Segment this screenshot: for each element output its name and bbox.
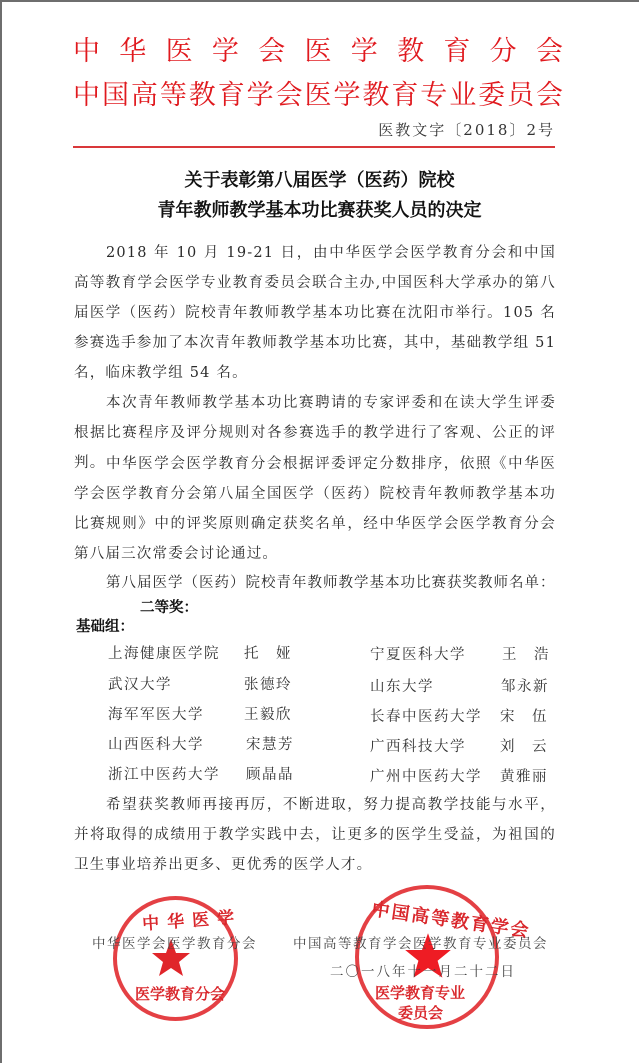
letterhead-char: 等	[160, 80, 187, 112]
letterhead-char: 会	[536, 36, 563, 68]
letterhead-char: 育	[218, 80, 245, 112]
winner-name: 王 浩	[502, 645, 550, 665]
seal2-bottom-text-2: 委员会	[398, 1002, 443, 1023]
letterhead-char: 会	[276, 80, 303, 112]
winner-school: 宁夏医科大学	[370, 645, 466, 665]
winner-name: 托 娅	[244, 644, 292, 664]
letterhead-char: 中	[73, 36, 100, 68]
paragraph-closing: 希望获奖教师再接再厉，不断进取，努力提高教学技能与水平，并将取得的成绩用于教学实…	[74, 790, 556, 880]
paragraph-intro: 2018 年 10 月 19-21 日，由中华医学会医学教育分会和中国高等教育学…	[74, 238, 556, 388]
winner-name: 邹永新	[501, 677, 549, 697]
signature-org1: 中华医学会医学教育分会	[92, 935, 257, 953]
letterhead-char: 学	[212, 36, 239, 68]
letterhead-char: 育	[391, 80, 418, 112]
letterhead-char: 华	[119, 36, 146, 68]
award-group-heading: 基础组：	[76, 617, 134, 637]
letterhead-char: 医	[304, 36, 331, 68]
winner-name: 顾晶晶	[246, 765, 294, 785]
page-border-left	[0, 0, 2, 1063]
letterhead-char: 专	[420, 80, 447, 112]
document-title-line1: 关于表彰第八届医学（医药）院校	[0, 169, 639, 193]
letterhead-org2: 中 国 高 等 教 育 学 会 医 学 教 育 专 业 委 员 会	[73, 80, 563, 112]
winner-name: 宋 伍	[500, 707, 548, 727]
letterhead-char: 教	[189, 80, 216, 112]
winner-name: 宋慧芳	[246, 735, 294, 755]
letterhead-char: 高	[131, 80, 158, 112]
letterhead-char: 中	[73, 80, 100, 112]
letterhead-char: 分	[490, 36, 517, 68]
letterhead-char: 学	[333, 80, 360, 112]
letterhead-char: 教	[397, 36, 424, 68]
winner-school: 山东大学	[370, 677, 434, 697]
letterhead-char: 委	[478, 80, 505, 112]
winner-name: 王毅欣	[244, 705, 292, 725]
winner-school: 浙江中医药大学	[108, 765, 220, 785]
letterhead-char: 会	[536, 80, 563, 112]
winner-school: 长春中医药大学	[370, 707, 482, 727]
letterhead-char: 会	[258, 36, 285, 68]
page-border-top	[0, 0, 639, 2]
signature-date: 二〇一八年十一月二十二日	[330, 963, 516, 981]
letterhead-char: 学	[247, 80, 274, 112]
letterhead-char: 员	[507, 80, 534, 112]
seal1-bottom-text: 医学教育分会	[135, 983, 225, 1004]
seal2-bottom-text: 医学教育专业	[375, 982, 465, 1003]
signature-org2: 中国高等教育学会医学教育专业委员会	[293, 935, 548, 953]
winner-name: 黄雅丽	[500, 767, 548, 787]
winner-school: 广州中医药大学	[370, 767, 482, 787]
letterhead-char: 育	[443, 36, 470, 68]
winner-school: 上海健康医学院	[108, 644, 220, 664]
winner-name: 张德玲	[244, 675, 292, 695]
list-intro: 第八届医学（医药）院校青年教师教学基本功比赛获奖教师名单：	[106, 568, 566, 598]
letterhead-char: 国	[102, 80, 129, 112]
winner-school: 武汉大学	[108, 675, 172, 695]
winner-school: 广西科技大学	[370, 737, 466, 757]
letterhead-org1: 中 华 医 学 会 医 学 教 育 分 会	[73, 36, 563, 68]
letterhead-divider	[73, 146, 555, 148]
letterhead-char: 业	[449, 80, 476, 112]
winner-name: 刘 云	[500, 737, 548, 757]
document-title-line2: 青年教师教学基本功比赛获奖人员的决定	[0, 199, 639, 223]
winner-school: 山西医科大学	[108, 735, 204, 755]
letterhead-char: 医	[305, 80, 332, 112]
paragraph-decision: 中华医学会医学教育分会根据评委评定分数排序，依照《中华医学会医学教育分会第八届全…	[74, 449, 556, 569]
winner-school: 海军军医大学	[108, 705, 204, 725]
letterhead-char: 教	[362, 80, 389, 112]
award-level-heading: 二等奖：	[140, 598, 198, 618]
letterhead-char: 学	[351, 36, 378, 68]
document-number: 医教文字〔2018〕2号	[378, 120, 555, 140]
letterhead-char: 医	[166, 36, 193, 68]
